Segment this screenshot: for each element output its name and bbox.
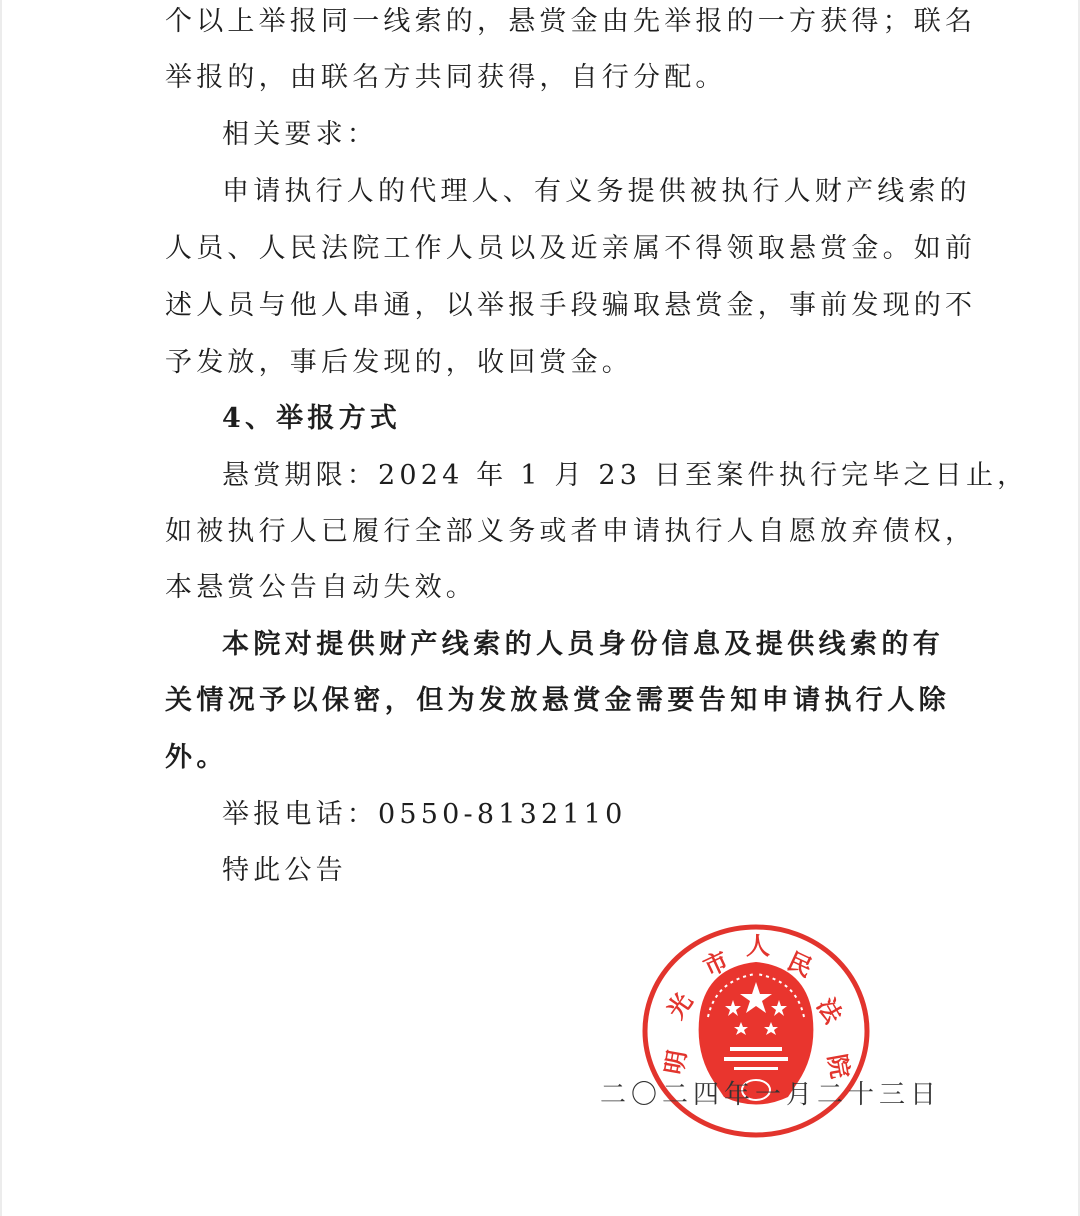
document-date: 二〇二四年一月二十三日 bbox=[600, 1077, 941, 1113]
paragraph-line: 举报的，由联名方共同获得，自行分配。 bbox=[165, 58, 925, 98]
svg-text:明: 明 bbox=[659, 1048, 692, 1077]
document-page: 个以上举报同一线索的，悬赏金由先举报的一方获得；联名 举报的，由联名方共同获得，… bbox=[0, 0, 1080, 1216]
confidentiality-line: 关情况予以保密，但为发放悬赏金需要告知申请执行人除 bbox=[165, 681, 925, 721]
paragraph-line: 个以上举报同一线索的，悬赏金由先举报的一方获得；联名 bbox=[165, 2, 925, 42]
seal-char: 光 bbox=[661, 988, 699, 1024]
report-phone-line: 举报电话：0550-8132110 bbox=[222, 795, 982, 835]
paragraph-line: 人员、人民法院工作人员以及近亲属不得领取悬赏金。如前 bbox=[165, 229, 925, 269]
section-label-requirements: 相关要求： bbox=[222, 115, 982, 155]
svg-text:人: 人 bbox=[746, 931, 770, 960]
paragraph-line: 本悬赏公告自动失效。 bbox=[165, 568, 925, 608]
svg-text:法: 法 bbox=[811, 993, 849, 1029]
confidentiality-line: 本院对提供财产线索的人员身份信息及提供线索的有 bbox=[222, 625, 982, 665]
confidentiality-line: 外。 bbox=[165, 738, 925, 778]
paragraph-line: 申请执行人的代理人、有义务提供被执行人财产线索的 bbox=[222, 172, 982, 212]
paragraph-line: 予发放，事后发现的，收回赏金。 bbox=[165, 343, 925, 383]
paragraph-line: 述人员与他人串通，以举报手段骗取悬赏金，事前发现的不 bbox=[165, 286, 925, 326]
reward-period-line: 悬赏期限：2024 年 1 月 23 日至案件执行完毕之日止， bbox=[222, 456, 982, 496]
paragraph-line: 如被执行人已履行全部义务或者申请执行人自愿放弃债权， bbox=[165, 512, 925, 552]
page-edge bbox=[0, 0, 2, 1216]
closing-line: 特此公告 bbox=[222, 851, 982, 891]
section-heading-report-method: 4、举报方式 bbox=[222, 399, 982, 439]
